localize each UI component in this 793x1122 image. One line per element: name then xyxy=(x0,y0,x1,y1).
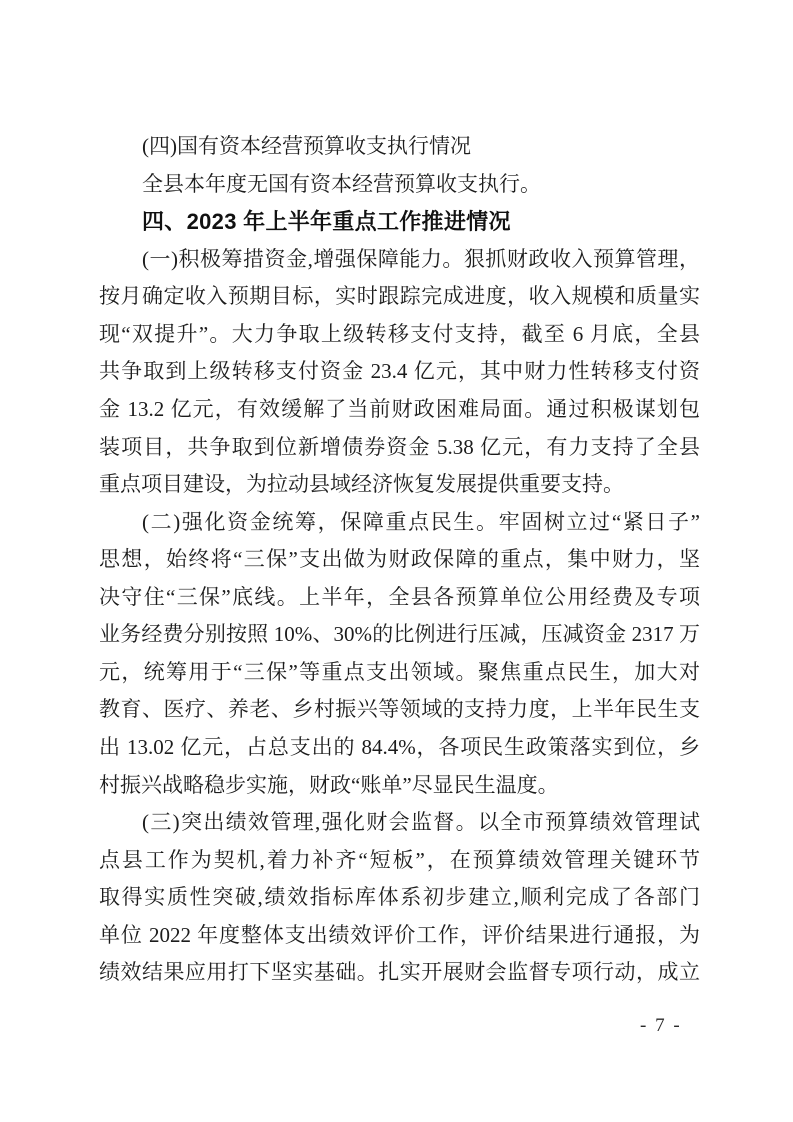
text-segment-kaiti: (四)国有资本经营预算收支执行情况 xyxy=(142,134,471,158)
body-line: 金 13.2 亿元，有效缓解了当前财政困难局面。通过积极谋划包 xyxy=(99,391,700,429)
body-line: 业务经费分别按照 10%、30%的比例进行压减，压减资金 2317 万 xyxy=(99,616,700,654)
text-segment-body: 狠抓财政收入预算管理， xyxy=(464,247,700,271)
text-segment-lead: (三)突出绩效管理,强化财会监督。 xyxy=(142,810,478,834)
text-segment-body: 教育、医疗、养老、乡村振兴等领域的支持力度，上半年民生支 xyxy=(99,697,700,721)
body-line: 点县工作为契机,着力补齐“短板”，在预算绩效管理关键环节 xyxy=(99,842,700,880)
text-segment-lead: (二)强化资金统筹，保障重点民生。 xyxy=(142,510,499,534)
body-line: 现“双提升”。大力争取上级转移支付支持，截至 6 月底，全县 xyxy=(99,316,700,354)
paragraph-3-line: (三)突出绩效管理,强化财会监督。以全市预算绩效管理试 xyxy=(99,804,700,842)
text-segment-lead: (一)积极筹措资金,增强保障能力。 xyxy=(142,247,464,271)
text-segment-body: 按月确定收入预期目标，实时跟踪完成进度，收入规模和质量实 xyxy=(99,284,700,308)
text-segment-body: 决守住“三保”底线。上半年，全县各预算单位公用经费及专项 xyxy=(99,585,700,609)
text-segment-heading: 四、2023 年上半年重点工作推进情况 xyxy=(142,209,511,234)
text-segment-body: 共争取到上级转移支付资金 23.4 亿元，其中财力性转移支付资 xyxy=(99,359,700,383)
body-line: 单位 2022 年度整体支出绩效评价工作，评价结果进行通报，为 xyxy=(99,917,700,955)
text-segment-body: 村振兴战略稳步实施，财政“账单”尽显民生温度。 xyxy=(99,773,559,797)
text-segment-body: 全县本年度无国有资本经营预算收支执行。 xyxy=(142,172,541,196)
body-line: 思想，始终将“三保”支出做为财政保障的重点，集中财力，坚 xyxy=(99,541,700,579)
text-segment-body: 牢固树立过“紧日子” xyxy=(499,510,700,534)
text-segment-body: 绩效结果应用打下坚实基础。扎实开展财会监督专项行动，成立 xyxy=(99,960,700,984)
document-body: (四)国有资本经营预算收支执行情况全县本年度无国有资本经营预算收支执行。四、20… xyxy=(99,128,700,992)
document-page: (四)国有资本经营预算收支执行情况全县本年度无国有资本经营预算收支执行。四、20… xyxy=(0,0,793,1122)
body-line: 元，统筹用于“三保”等重点支出领域。聚焦重点民生，加大对 xyxy=(99,654,700,692)
body-line: 取得实质性突破,绩效指标库体系初步建立,顺利完成了各部门 xyxy=(99,879,700,917)
body-line: 装项目，共争取到位新增债券资金 5.38 亿元，有力支持了全县 xyxy=(99,429,700,467)
text-segment-body: 单位 2022 年度整体支出绩效评价工作，评价结果进行通报，为 xyxy=(99,923,700,947)
text-segment-body: 点县工作为契机,着力补齐“短板”，在预算绩效管理关键环节 xyxy=(99,848,700,872)
body-line: 教育、医疗、养老、乡村振兴等领域的支持力度，上半年民生支 xyxy=(99,691,700,729)
text-segment-body: 以全市预算绩效管理试 xyxy=(478,810,700,834)
body-line: 绩效结果应用打下坚实基础。扎实开展财会监督专项行动，成立 xyxy=(99,954,700,992)
body-line: 按月确定收入预期目标，实时跟踪完成进度，收入规模和质量实 xyxy=(99,278,700,316)
page-number: - 7 - xyxy=(640,1012,710,1040)
text-segment-body: 思想，始终将“三保”支出做为财政保障的重点，集中财力，坚 xyxy=(99,547,700,571)
body-line: 决守住“三保”底线。上半年，全县各预算单位公用经费及专项 xyxy=(99,579,700,617)
text-segment-body: 出 13.02 亿元，占总支出的 84.4%，各项民生政策落实到位，乡 xyxy=(99,735,700,759)
text-segment-body: 现“双提升”。大力争取上级转移支付支持，截至 6 月底，全县 xyxy=(99,322,700,346)
paragraph-2-line: (二)强化资金统筹，保障重点民生。牢固树立过“紧日子” xyxy=(99,504,700,542)
section-heading: 四、2023 年上半年重点工作推进情况 xyxy=(99,203,700,241)
subsection-title-4: (四)国有资本经营预算收支执行情况 xyxy=(99,128,700,166)
body-line: 共争取到上级转移支付资金 23.4 亿元，其中财力性转移支付资 xyxy=(99,353,700,391)
text-segment-body: 金 13.2 亿元，有效缓解了当前财政困难局面。通过积极谋划包 xyxy=(99,397,700,421)
text-segment-body: 装项目，共争取到位新增债券资金 5.38 亿元，有力支持了全县 xyxy=(99,435,700,459)
body-line: 村振兴战略稳步实施，财政“账单”尽显民生温度。 xyxy=(99,767,700,805)
text-segment-body: 元，统筹用于“三保”等重点支出领域。聚焦重点民生，加大对 xyxy=(99,660,700,684)
text-segment-body: 重点项目建设，为拉动县域经济恢复发展提供重要支持。 xyxy=(99,472,624,496)
text-segment-body: 业务经费分别按照 10%、30%的比例进行压减，压减资金 2317 万 xyxy=(99,622,700,646)
paragraph-1-line: (一)积极筹措资金,增强保障能力。狠抓财政收入预算管理， xyxy=(99,241,700,279)
body-line: 全县本年度无国有资本经营预算收支执行。 xyxy=(99,166,700,204)
text-segment-body: 取得实质性突破,绩效指标库体系初步建立,顺利完成了各部门 xyxy=(99,885,700,909)
body-line: 重点项目建设，为拉动县域经济恢复发展提供重要支持。 xyxy=(99,466,700,504)
body-line: 出 13.02 亿元，占总支出的 84.4%，各项民生政策落实到位，乡 xyxy=(99,729,700,767)
